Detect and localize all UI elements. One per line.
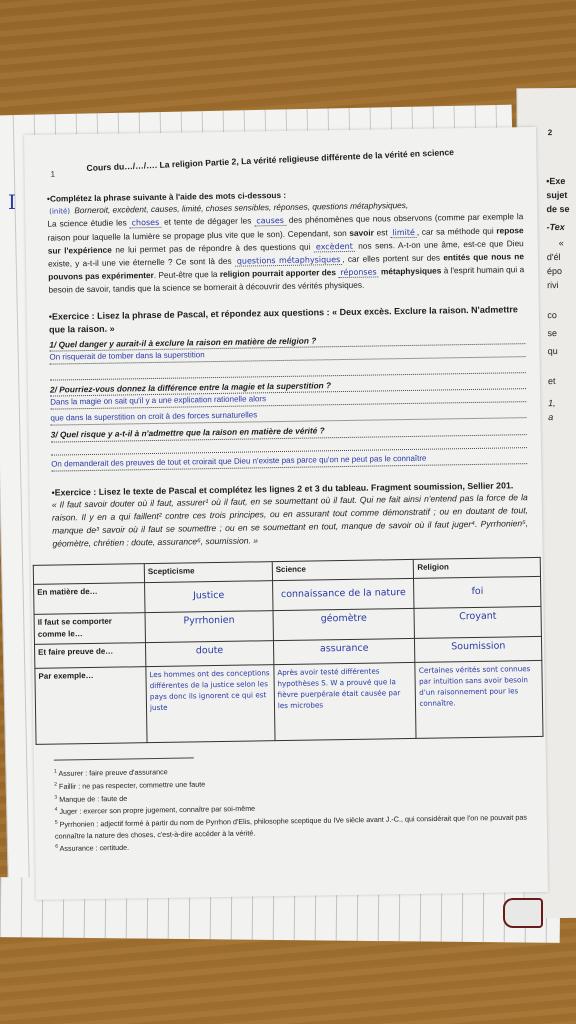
page-number: 1 (51, 169, 56, 181)
table-cell[interactable]: Justice (145, 581, 273, 613)
row-label: En matière de… (34, 583, 145, 615)
table-cell[interactable]: Les hommes ont des conceptions différent… (146, 665, 275, 743)
right-fragment: qu (548, 346, 558, 356)
row-label: Il faut se comporter comme le… (34, 613, 145, 645)
column-header: Science (272, 559, 414, 580)
word-bank-annotation: (inité) (47, 207, 72, 215)
table-cell[interactable]: connaissance de la nature (272, 578, 414, 610)
blank-answer[interactable]: limité (390, 227, 417, 237)
worksheet-page: 1 Cours du…/…/…. La religion Partie 2, L… (24, 127, 548, 900)
right-fragment: et (548, 376, 556, 386)
page-title: Cours du…/…/…. La religion Partie 2, La … (86, 146, 454, 174)
right-fragment: épo (547, 266, 562, 276)
pascal-quote: « Il faut savoir douter où il faut, assu… (52, 491, 529, 550)
right-fragment: •Exe (546, 176, 565, 186)
fill-in-text: La science étudie les choses et tente de… (47, 211, 524, 297)
blank-answer[interactable]: excèdent (314, 242, 355, 253)
comparison-table: Scepticisme Science Religion En matière … (33, 557, 544, 745)
right-fragment: « (559, 238, 564, 248)
table-cell[interactable]: foi (414, 576, 541, 608)
right-fragment: de se (546, 204, 569, 214)
table-cell[interactable]: doute (145, 641, 273, 667)
handwritten-section-mark: I (8, 190, 16, 214)
exercise-pascal-table: •Exercice : Lisez le texte de Pascal et … (52, 479, 529, 551)
table-cell[interactable]: Soumission (415, 636, 542, 662)
exercise-fill-in: •Complétez la phrase suivante à l'aide d… (47, 185, 525, 296)
table-cell[interactable]: assurance (273, 638, 415, 664)
table-cell[interactable]: Pyrrhonien (145, 611, 273, 643)
footnote-divider (54, 757, 194, 760)
table-cell[interactable]: Certaines vérités sont connues par intui… (415, 660, 543, 738)
right-page-number: 2 (548, 128, 553, 137)
right-fragment: d'él (547, 252, 561, 262)
table-row: Par exemple… Les hommes ont des concepti… (35, 660, 543, 744)
question-2: 2/ Pourriez-vous donnez la différence en… (50, 376, 527, 426)
row-label: Par exemple… (35, 667, 147, 745)
column-header: Scepticisme (144, 562, 272, 583)
right-fragment: se (547, 328, 557, 338)
question-1: 1/ Quel danger y aurait-il à exclure la … (49, 331, 526, 381)
exercise-pascal-questions: •Exercice : Lisez la phrase de Pascal, e… (49, 303, 528, 474)
table-cell[interactable]: Croyant (414, 606, 541, 638)
right-fragment: sujet (546, 190, 567, 200)
blank-answer[interactable]: réponses (338, 268, 378, 279)
table-cell[interactable]: Après avoir testé différentes hypothèses… (274, 662, 417, 740)
right-fragment: rivi (547, 280, 559, 290)
right-fragment: 1, (548, 398, 556, 408)
right-fragment: -Tex (547, 222, 565, 232)
blank-answer[interactable]: choses (130, 218, 162, 228)
right-fragment: co (547, 310, 557, 320)
table-cell[interactable]: géomètre (273, 608, 415, 640)
right-fragment: a (548, 412, 553, 422)
column-header: Religion (414, 557, 541, 578)
question-3: 3/ Quel risque y a-t-il à n'admettre que… (51, 422, 528, 472)
row-label: Et faire preuve de… (35, 643, 146, 669)
footnotes: 1 Assurer : faire preuve d'assurance 2 F… (54, 752, 550, 855)
blank-answer[interactable]: questions métaphysiques (235, 255, 343, 267)
binder-clip-icon (503, 898, 543, 928)
blank-answer[interactable]: causes (254, 216, 286, 226)
